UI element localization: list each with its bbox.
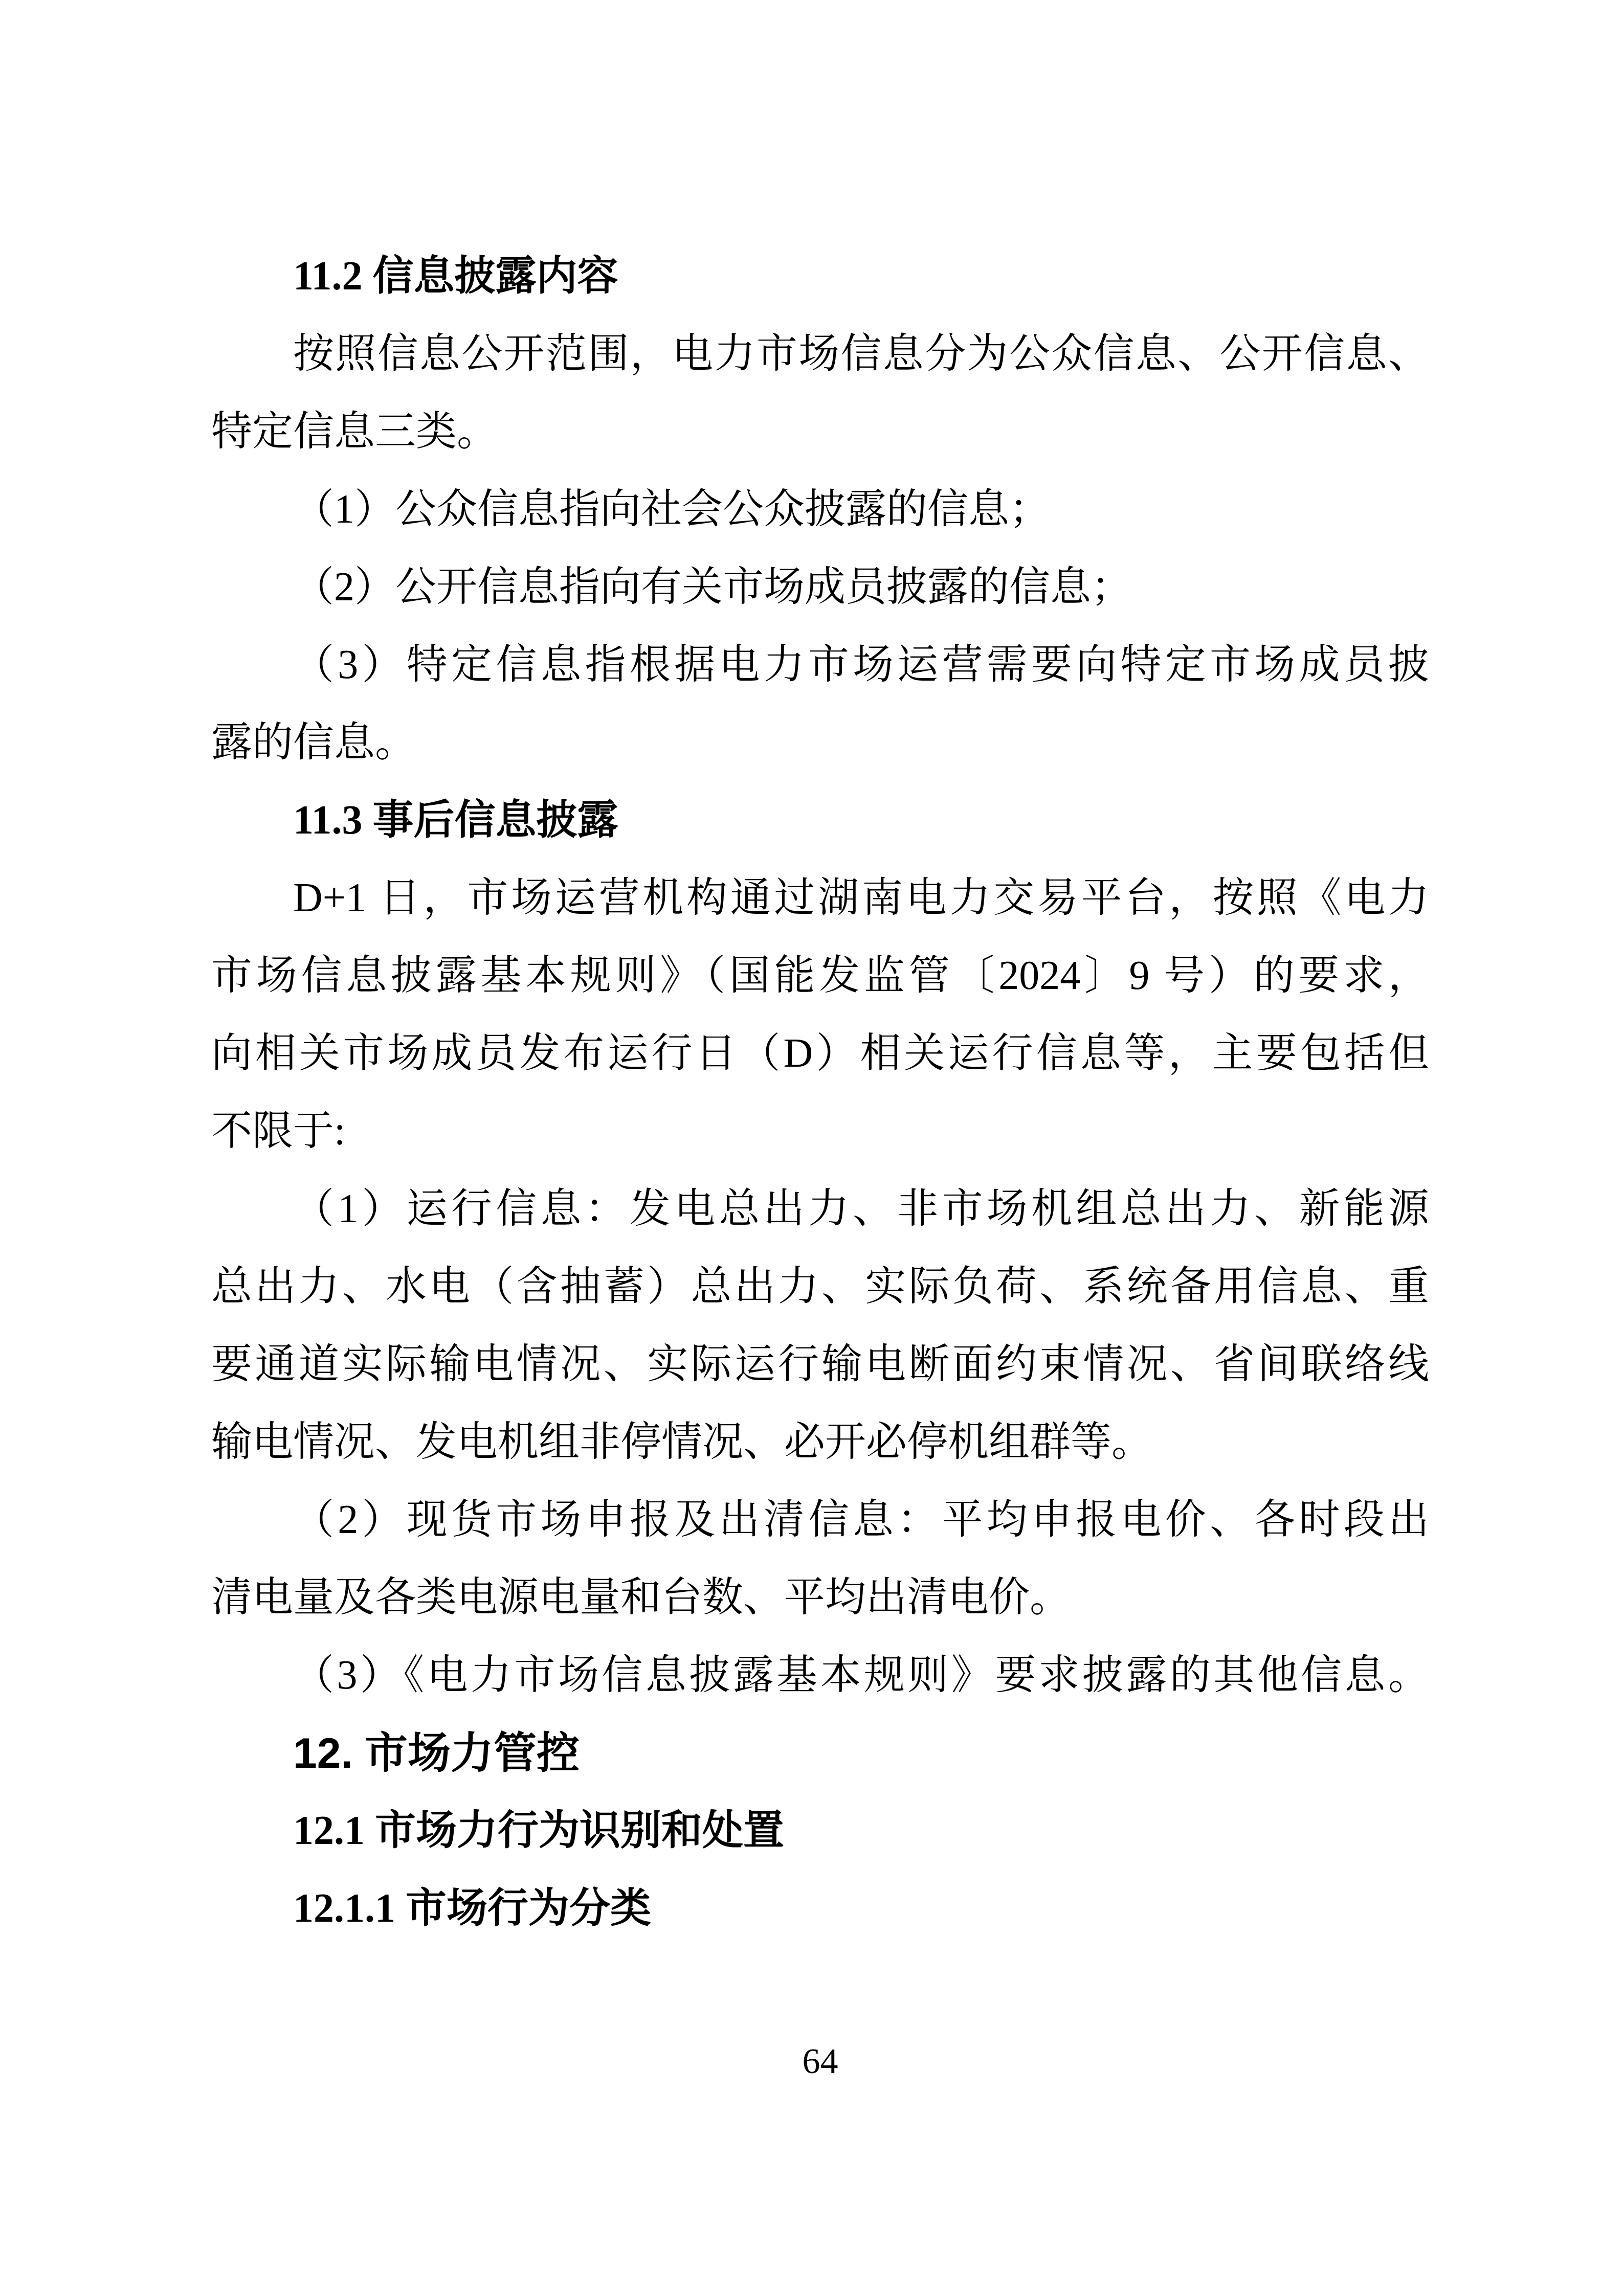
list-item-3: （3）《电力市场信息披露基本规则》要求披露的其他信息。 bbox=[211, 1636, 1429, 1714]
text-block: 11.2 信息披露内容按照信息公开范围，电力市场信息分为公众信息、公开信息、特定… bbox=[211, 237, 1429, 1947]
list-item-2: （2）现货市场申报及出清信息：平均申报电价、各时段出 bbox=[211, 1481, 1429, 1559]
list-item-1: （1）公众信息指向社会公众披露的信息； bbox=[211, 470, 1429, 548]
paragraph-line: 市场信息披露基本规则》（国能发监管〔2024〕9 号）的要求， bbox=[211, 937, 1429, 1015]
heading-12-1-1: 12.1.1 市场行为分类 bbox=[211, 1870, 1429, 1947]
page-number: 64 bbox=[211, 2023, 1429, 2101]
paragraph-line: D+1 日，市场运营机构通过湖南电力交易平台，按照《电力 bbox=[211, 859, 1429, 937]
list-item-1: （1）运行信息：发电总出力、非市场机组总出力、新能源 bbox=[211, 1170, 1429, 1248]
heading-12-1: 12.1 市场力行为识别和处置 bbox=[211, 1792, 1429, 1870]
heading-12: 12. 市场力管控 bbox=[211, 1714, 1429, 1792]
list-item-2: （2）公开信息指向有关市场成员披露的信息； bbox=[211, 548, 1429, 626]
heading-11-3: 11.3 事后信息披露 bbox=[211, 781, 1429, 859]
heading-11-2: 11.2 信息披露内容 bbox=[211, 237, 1429, 315]
document-page: 11.2 信息披露内容按照信息公开范围，电力市场信息分为公众信息、公开信息、特定… bbox=[0, 0, 1624, 2296]
paragraph-line: 输电情况、发电机组非停情况、必开必停机组群等。 bbox=[211, 1403, 1429, 1481]
paragraph-line: 特定信息三类。 bbox=[211, 393, 1429, 470]
paragraph-line: 向相关市场成员发布运行日（D）相关运行信息等，主要包括但 bbox=[211, 1015, 1429, 1092]
paragraph-line: 不限于: bbox=[211, 1092, 1429, 1170]
list-item-3: （3）特定信息指根据电力市场运营需要向特定市场成员披 bbox=[211, 626, 1429, 704]
paragraph-line: 清电量及各类电源电量和台数、平均出清电价。 bbox=[211, 1559, 1429, 1636]
paragraph-line: 露的信息。 bbox=[211, 704, 1429, 781]
paragraph-line: 总出力、水电（含抽蓄）总出力、实际负荷、系统备用信息、重 bbox=[211, 1248, 1429, 1325]
paragraph-line: 按照信息公开范围，电力市场信息分为公众信息、公开信息、 bbox=[211, 315, 1429, 393]
paragraph-line: 要通道实际输电情况、实际运行输电断面约束情况、省间联络线 bbox=[211, 1325, 1429, 1403]
